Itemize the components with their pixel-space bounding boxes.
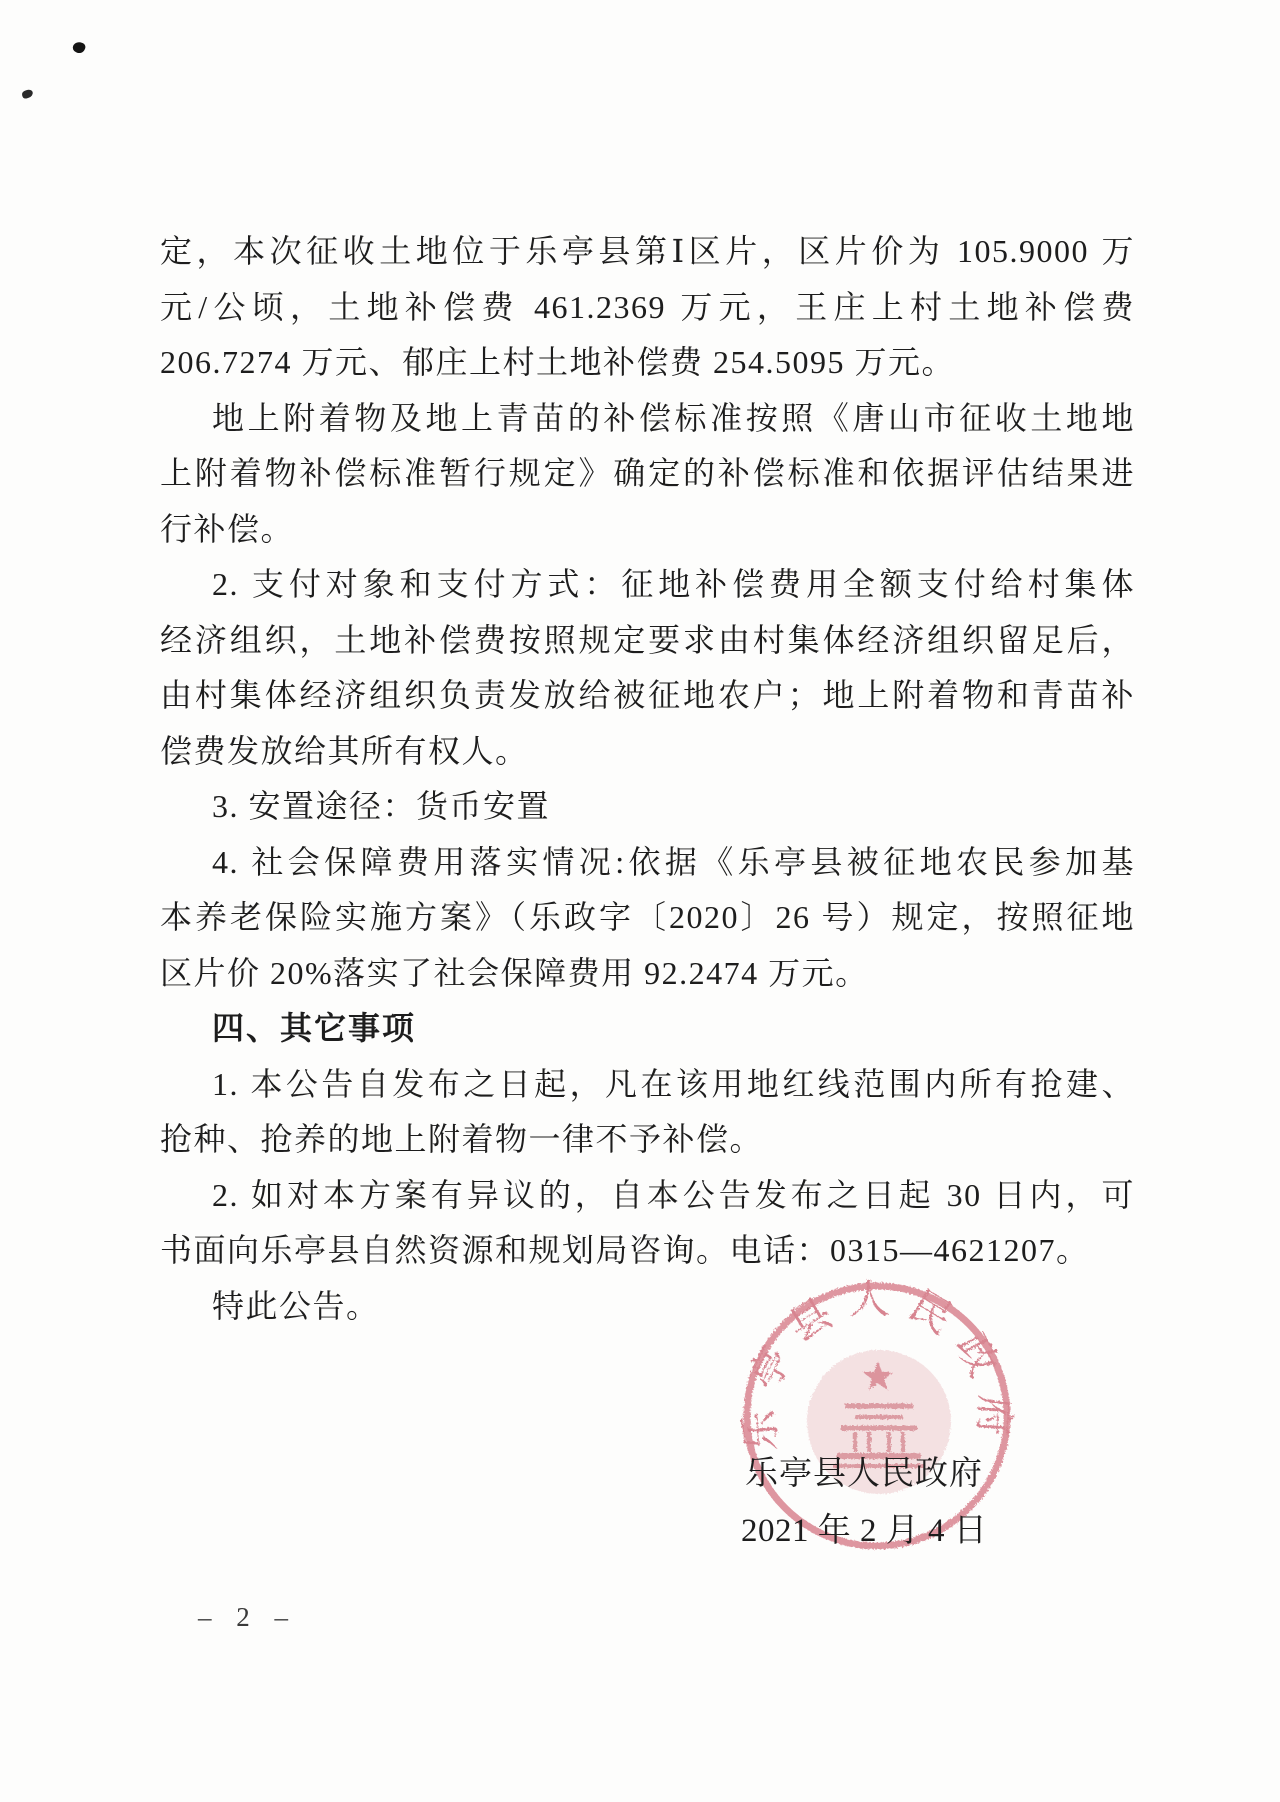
- document-line: 经济组织，土地补偿费按照规定要求由村集体经济组织留足后，: [160, 613, 1135, 669]
- ink-smudge: [71, 40, 86, 55]
- document-line: 上附着物补偿标准暂行规定》确定的补偿标准和依据评估结果进: [160, 446, 1135, 502]
- ink-smudge: [21, 88, 34, 99]
- document-line: 2. 支付对象和支付方式：征地补偿费用全额支付给村集体: [160, 557, 1135, 613]
- page-number: – 2 –: [198, 1602, 297, 1633]
- issue-date: 2021 年 2 月 4 日: [741, 1504, 987, 1551]
- document-line: 定，本次征收土地位于乐亭县第Ⅰ区片，区片价为 105.9000 万: [160, 224, 1135, 280]
- document-line: 偿费发放给其所有权人。: [160, 724, 1135, 780]
- document-line: 由村集体经济组织负责发放给被征地农户；地上附着物和青苗补: [160, 668, 1135, 724]
- document-line: 本养老保险实施方案》（乐政字〔2020〕26 号）规定，按照征地: [160, 890, 1135, 946]
- document-line: 抢种、抢养的地上附着物一律不予补偿。: [160, 1112, 1135, 1168]
- document-line: 元/公顷，土地补偿费 461.2369 万元，王庄上村土地补偿费: [160, 280, 1135, 336]
- document-line: 1. 本公告自发布之日起，凡在该用地红线范围内所有抢建、: [160, 1057, 1135, 1113]
- document-line: 行补偿。: [160, 502, 1135, 558]
- document-body: 定，本次征收土地位于乐亭县第Ⅰ区片，区片价为 105.9000 万元/公顷，土地…: [160, 224, 1135, 1334]
- issuer-signature: 乐亭县人民政府: [745, 1447, 983, 1494]
- document-line: 3. 安置途径：货币安置: [160, 779, 1135, 835]
- document-line: 四、其它事项: [160, 1001, 1135, 1057]
- document-line: 书面向乐亭县自然资源和规划局咨询。电话：0315—4621207。: [160, 1223, 1135, 1279]
- document-line: 2. 如对本方案有异议的，自本公告发布之日起 30 日内，可: [160, 1168, 1135, 1224]
- document-line: 4. 社会保障费用落实情况:依据《乐亭县被征地农民参加基: [160, 835, 1135, 891]
- scanned-announcement-page: 定，本次征收土地位于乐亭县第Ⅰ区片，区片价为 105.9000 万元/公顷，土地…: [0, 0, 1280, 1802]
- document-line: 206.7274 万元、郁庄上村土地补偿费 254.5095 万元。: [160, 335, 1135, 391]
- document-line: 区片价 20%落实了社会保障费用 92.2474 万元。: [160, 946, 1135, 1002]
- document-line: 地上附着物及地上青苗的补偿标准按照《唐山市征收土地地: [160, 391, 1135, 447]
